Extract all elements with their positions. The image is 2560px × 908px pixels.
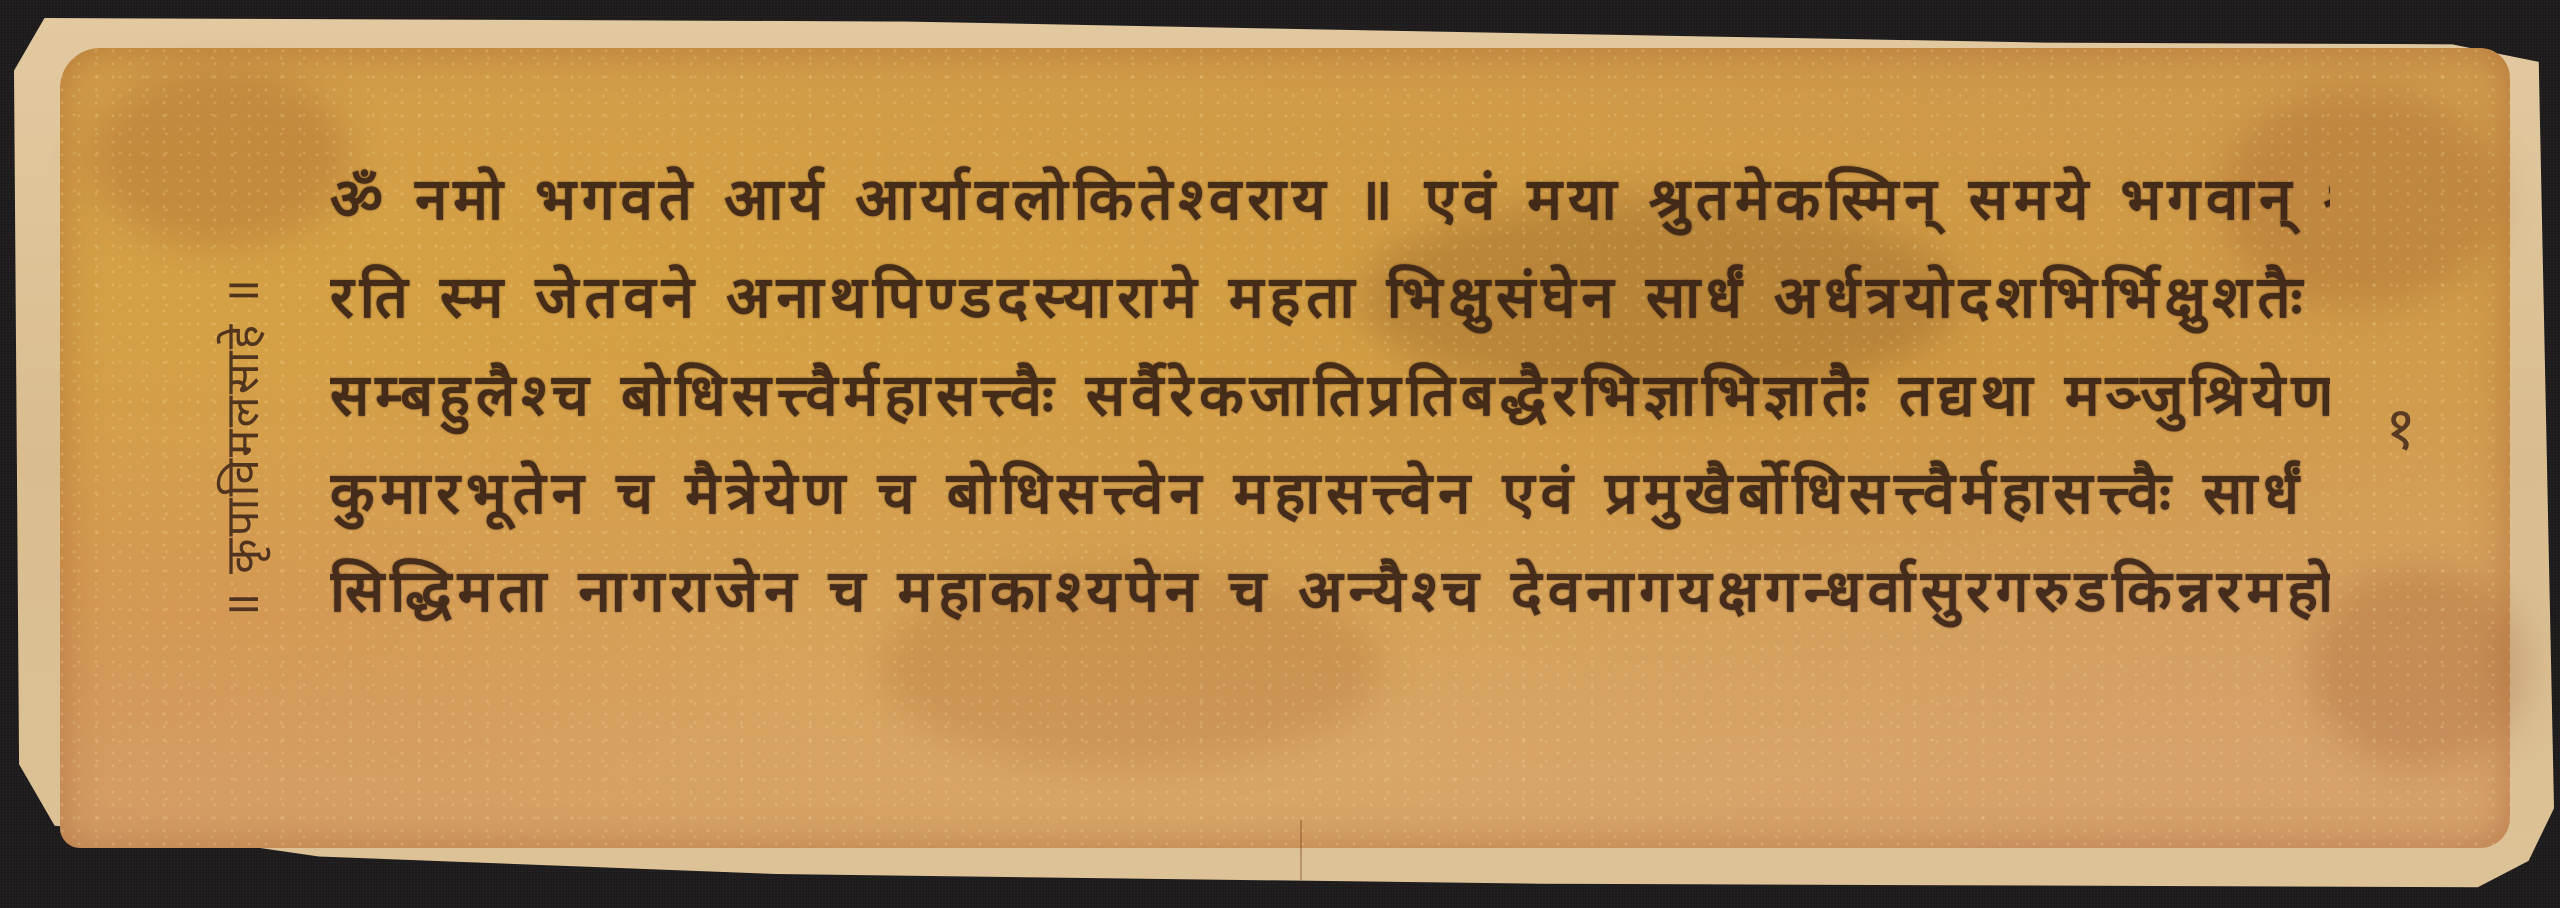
folio-number: १ [2385, 385, 2416, 467]
text-line-4: कुमारभूतेन च मैत्रेयेण च बोधिसत्त्वेन मह… [330, 444, 2330, 542]
crease [1300, 820, 1302, 880]
text-line-2: रति स्म जेतवने अनाथपिण्डदस्यारामे महता भ… [330, 248, 2330, 346]
stain [2310, 568, 2530, 768]
margin-title: ॥ कृपाविमलसाहे ॥ [210, 180, 320, 620]
text-line-1: ॐ नमो भगवते आर्य आर्यावलोकितेश्वराय ॥ एव… [330, 150, 2330, 248]
text-line-3: सम्बहुलैश्च बोधिसत्त्वैर्महासत्त्वैः सर्… [330, 346, 2330, 444]
manuscript-text: ॐ नमो भगवते आर्य आर्यावलोकितेश्वराय ॥ एव… [330, 150, 2330, 640]
text-line-5: सिद्धिमता नागराजेन च महाकाश्यपेन च अन्यै… [330, 542, 2330, 640]
